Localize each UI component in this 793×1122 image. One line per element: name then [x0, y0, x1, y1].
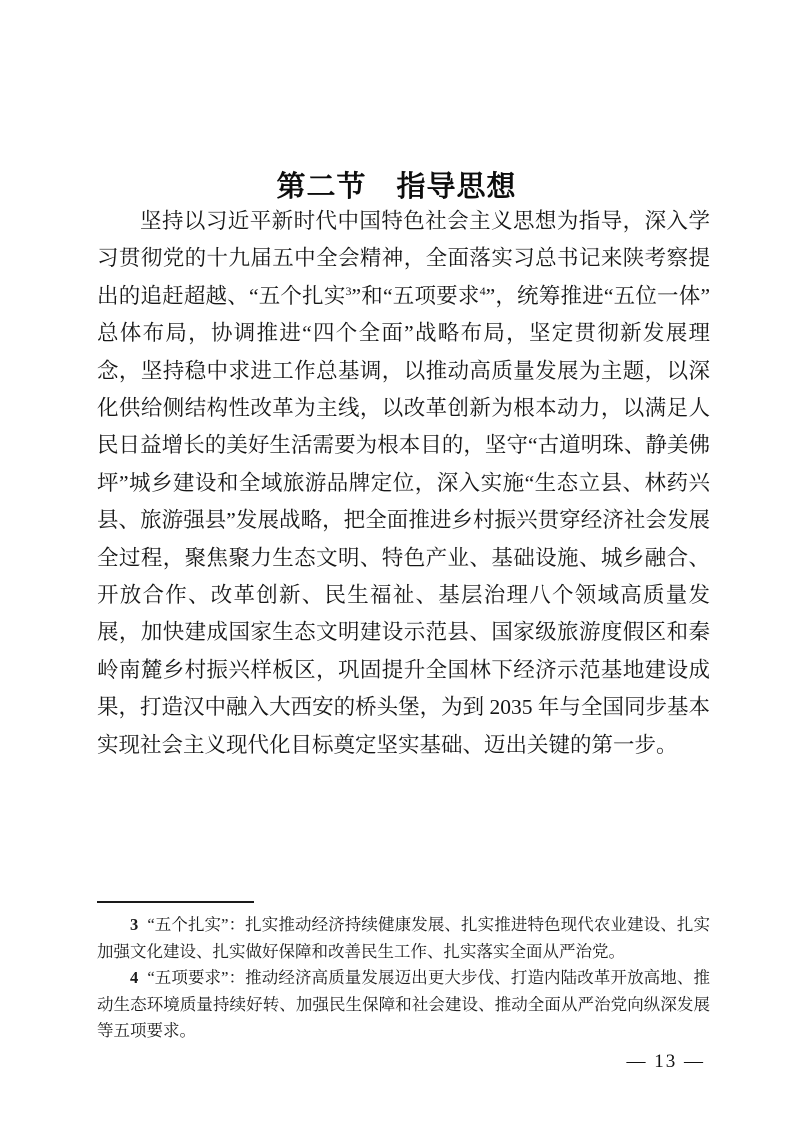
document-page: 第二节 指导思想 坚持以习近平新时代中国特色社会主义思想为指导，深入学习贯彻党的…: [0, 0, 793, 1122]
section-title: 第二节 指导思想: [0, 164, 793, 205]
footnote-number: 4: [130, 968, 138, 987]
footnote-3: 3“五个扎实”：扎实推动经济持续健康发展、扎实推进特色现代农业建设、扎实加强文化…: [97, 912, 710, 965]
footnote-text: “五个扎实”：扎实推动经济持续健康发展、扎实推进特色现代农业建设、扎实加强文化建…: [97, 915, 710, 961]
paragraph-text-2: ”和“五项要求: [352, 284, 480, 308]
body-paragraph: 坚持以习近平新时代中国特色社会主义思想为指导，深入学习贯彻党的十九届五中全会精神…: [97, 203, 710, 764]
footnote-number: 3: [130, 915, 138, 934]
footnote-4: 4“五项要求”：推动经济高质量发展迈出更大步伐、打造内陆改革开放高地、推动生态环…: [97, 965, 710, 1045]
footnote-text: “五项要求”：推动经济高质量发展迈出更大步伐、打造内陆改革开放高地、推动生态环境…: [97, 968, 710, 1040]
paragraph-text-3: ”，统筹推进“五位一体”总体布局，协调推进“四个全面”战略布局，坚定贯彻新发展理…: [97, 284, 710, 757]
footnote-separator: [97, 901, 254, 903]
footnotes-section: 3“五个扎实”：扎实推动经济持续健康发展、扎实推进特色现代农业建设、扎实加强文化…: [97, 901, 710, 1045]
page-number: — 13 —: [627, 1051, 706, 1073]
